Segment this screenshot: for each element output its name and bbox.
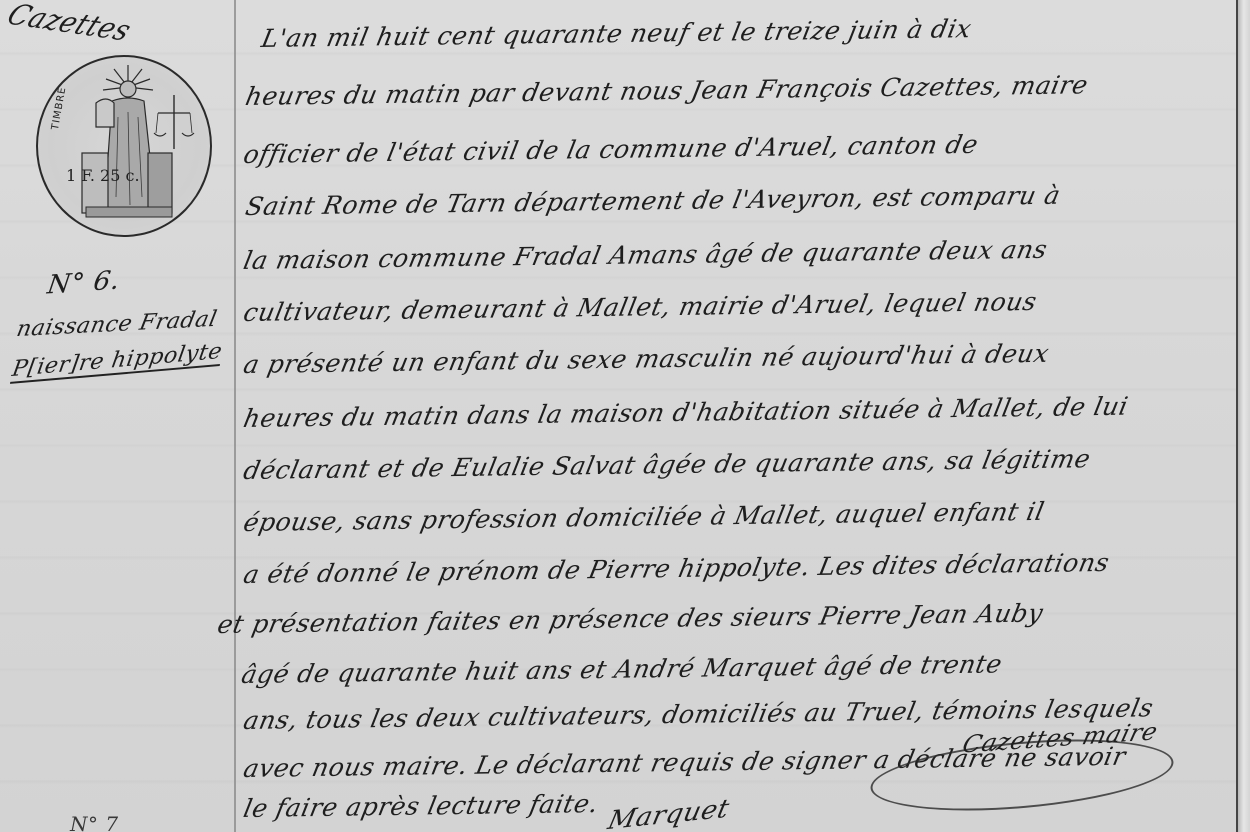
margin-rule [234, 0, 236, 832]
next-entry-fragment: N° 7 [70, 812, 119, 832]
body-line-4: Saint Rome de Tarn département de l'Avey… [243, 181, 1063, 221]
child-name-margin: P[ier]re hippolyte [10, 339, 224, 384]
body-line-8: heures du matin dans la maison d'habitat… [241, 392, 1131, 433]
body-line-11: a été donné le prénom de Pierre hippolyt… [241, 548, 1112, 589]
body-line-12: et présentation faites en présence des s… [215, 599, 1046, 639]
body-line-1: L'an mil huit cent quarante neuf et le t… [259, 14, 974, 53]
body-line-10: épouse, sans profession domiciliée à Mal… [241, 497, 1047, 537]
body-line-7: a présenté un enfant du sexe masculin né… [241, 339, 1052, 379]
entry-number: N° 6. [45, 266, 121, 301]
register-page: Cazettes [0, 0, 1250, 832]
body-line-16: le faire après lecture faite. [241, 789, 601, 823]
page-edge [1236, 0, 1250, 832]
body-line-5: la maison commune Fradal Amans âgé de qu… [241, 235, 1050, 275]
body-line-3: officier de l'état civil de la commune d… [241, 130, 981, 169]
timbre-stamp-icon: TIMBRE 1 F. 25 c. [36, 55, 212, 237]
body-line-6: cultivateur, demeurant à Mallet, mairie … [241, 287, 1039, 327]
entry-type: naissance Fradal [14, 307, 219, 342]
body-line-2: heures du matin par devant nous Jean Fra… [243, 70, 1091, 111]
header-fragment: Cazettes [2, 0, 137, 48]
body-line-13: âgé de quarante huit ans et André Marque… [239, 649, 1005, 689]
stamp-price: 1 F. 25 c. [66, 167, 140, 185]
liberty-figure-icon [38, 57, 210, 235]
body-line-9: déclarant et de Eulalie Salvat âgée de q… [241, 444, 1093, 485]
witness-signature: Marquet [605, 794, 732, 832]
